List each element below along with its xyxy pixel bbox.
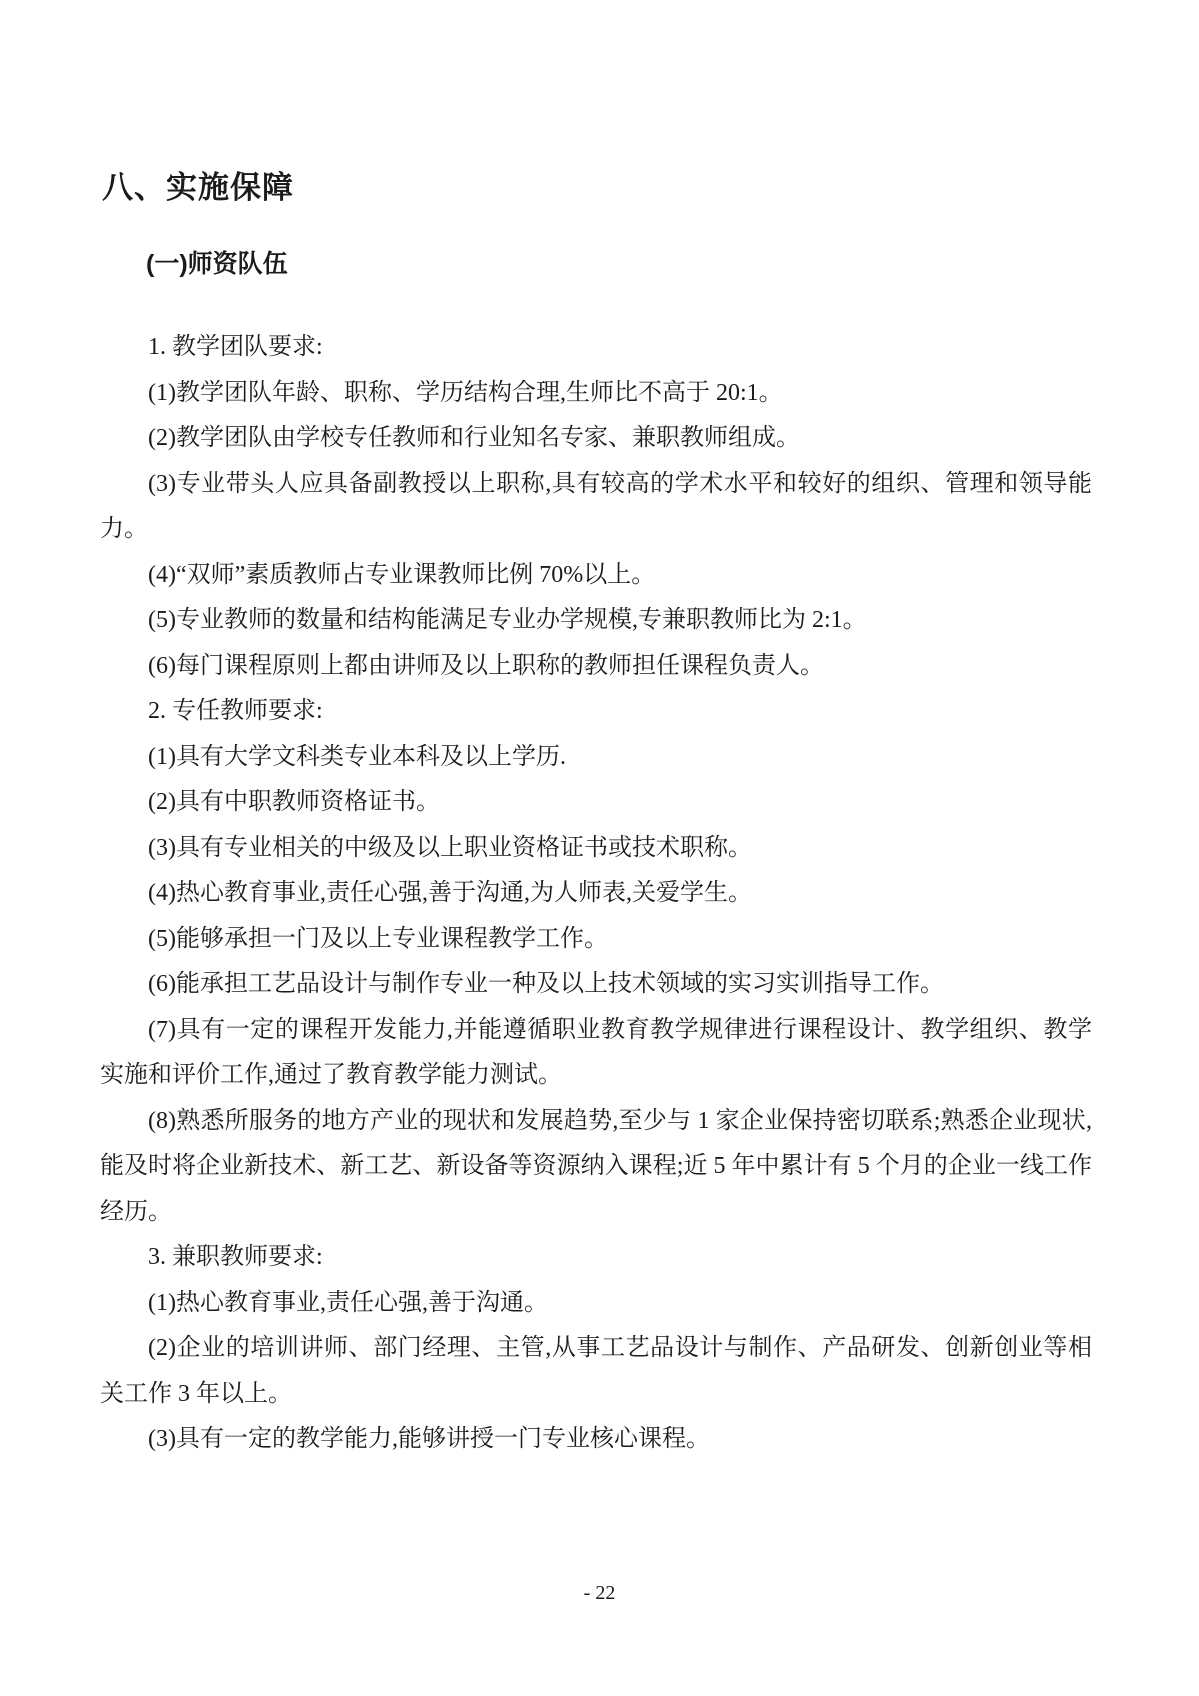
section-heading: 八、实施保障 (102, 172, 1095, 203)
body-paragraph: (8)熟悉所服务的地方产业的现状和发展趋势,至少与 1 家企业保持密切联系;熟悉… (100, 1099, 1092, 1236)
body-paragraph: (6)每门课程原则上都由讲师及以上职称的教师担任课程负责人。 (100, 644, 1092, 690)
subsection-heading: (一)师资队伍 (146, 252, 1095, 277)
body-paragraph: (1)热心教育事业,责任心强,善于沟通。 (100, 1281, 1092, 1327)
body-paragraph: (6)能承担工艺品设计与制作专业一种及以上技术领域的实习实训指导工作。 (100, 962, 1092, 1008)
list-heading-parttime-teachers: 3. 兼职教师要求: (100, 1235, 1092, 1281)
list-heading-teaching-team: 1. 教学团队要求: (100, 325, 1092, 371)
document-page: 八、实施保障 (一)师资队伍 1. 教学团队要求: (1)教学团队年龄、职称、学… (0, 0, 1199, 1696)
body-paragraph: (7)具有一定的课程开发能力,并能遵循职业教育教学规律进行课程设计、教学组织、教… (100, 1008, 1092, 1099)
body-paragraph: (2)企业的培训讲师、部门经理、主管,从事工艺品设计与制作、产品研发、创新创业等… (100, 1326, 1092, 1417)
body-paragraph: (1)教学团队年龄、职称、学历结构合理,生师比不高于 20:1。 (100, 371, 1092, 417)
body-paragraph: (5)专业教师的数量和结构能满足专业办学规模,专兼职教师比为 2:1。 (100, 598, 1092, 644)
body-paragraph: (3)具有专业相关的中级及以上职业资格证书或技术职称。 (100, 826, 1092, 872)
body-paragraph: (3)具有一定的教学能力,能够讲授一门专业核心课程。 (100, 1417, 1092, 1463)
body-paragraph: (1)具有大学文科类专业本科及以上学历. (100, 735, 1092, 781)
body-paragraph: (2)教学团队由学校专任教师和行业知名专家、兼职教师组成。 (100, 416, 1092, 462)
body-text: 1. 教学团队要求: (1)教学团队年龄、职称、学历结构合理,生师比不高于 20… (100, 325, 1095, 1463)
body-paragraph: (4)“双师”素质教师占专业课教师比例 70%以上。 (100, 553, 1092, 599)
document-content: 八、实施保障 (一)师资队伍 1. 教学团队要求: (1)教学团队年龄、职称、学… (100, 172, 1095, 1463)
list-heading-fulltime-teachers: 2. 专任教师要求: (100, 689, 1092, 735)
body-paragraph: (4)热心教育事业,责任心强,善于沟通,为人师表,关爱学生。 (100, 871, 1092, 917)
body-paragraph: (3)专业带头人应具备副教授以上职称,具有较高的学术水平和较好的组织、管理和领导… (100, 462, 1092, 553)
body-paragraph: (5)能够承担一门及以上专业课程教学工作。 (100, 917, 1092, 963)
page-number: - 22 (0, 1582, 1199, 1605)
body-paragraph: (2)具有中职教师资格证书。 (100, 780, 1092, 826)
